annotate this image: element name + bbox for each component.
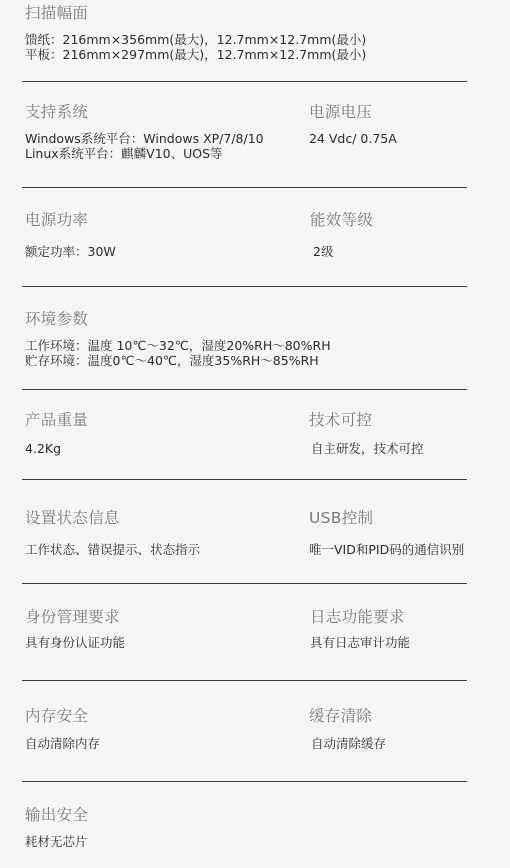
section-divider	[22, 583, 467, 584]
spec-heading: 设置状态信息	[25, 508, 200, 528]
spec-value-line: 工作环境：温度 10℃～32℃，湿度20%RH～80%RH	[25, 338, 331, 353]
spec-heading: 能效等级	[310, 210, 373, 230]
spec-heading: 日志功能要求	[310, 607, 410, 627]
spec-memory-security: 内存安全 自动清除内存	[25, 706, 100, 751]
spec-value-line: 自主研发，技术可控	[309, 441, 424, 456]
spec-heading: 产品重量	[25, 410, 88, 430]
spec-power-rating: 电源功率 额定功率：30W	[25, 210, 116, 259]
spec-value-line: 自动清除缓存	[309, 736, 386, 751]
spec-value-line: 唯一VID和PID码的通信识别	[309, 542, 464, 557]
spec-heading: 扫描幅面	[25, 3, 366, 23]
spec-environment: 环境参数 工作环境：温度 10℃～32℃，湿度20%RH～80%RH 贮存环境：…	[25, 309, 331, 368]
spec-tech-control: 技术可控 自主研发，技术可控	[309, 410, 424, 456]
section-divider	[22, 187, 467, 188]
spec-value-line: 耗材无芯片	[25, 834, 88, 849]
spec-power-voltage: 电源电压 24 Vdc/ 0.75A	[309, 102, 397, 146]
spec-supported-systems: 支持系统 Windows系统平台：Windows XP/7/8/10 Linux…	[25, 102, 264, 161]
spec-heading: 缓存清除	[309, 706, 386, 726]
section-divider	[22, 781, 467, 782]
spec-heading: 内存安全	[25, 706, 100, 726]
spec-heading: 电源电压	[309, 102, 397, 122]
spec-value-line: 具有日志审计功能	[310, 635, 410, 650]
spec-heading: 电源功率	[25, 210, 116, 230]
section-divider	[22, 479, 467, 480]
spec-log-function: 日志功能要求 具有日志审计功能	[310, 607, 410, 650]
spec-scan-area: 扫描幅面 馈纸：216mm×356mm(最大)，12.7mm×12.7mm(最小…	[25, 3, 366, 62]
spec-heading: 技术可控	[309, 410, 424, 430]
spec-heading: 环境参数	[25, 309, 331, 329]
spec-usb-control: USB控制 唯一VID和PID码的通信识别	[309, 508, 464, 557]
spec-value-line: 24 Vdc/ 0.75A	[309, 131, 397, 146]
spec-value-line: Windows系统平台：Windows XP/7/8/10	[25, 131, 264, 146]
spec-status-info: 设置状态信息 工作状态、错误提示、状态指示	[25, 508, 200, 557]
spec-value-line: 自动清除内存	[25, 736, 100, 751]
spec-heading: 支持系统	[25, 102, 264, 122]
spec-value-line: 2级	[310, 244, 373, 259]
spec-value-line: 贮存环境：温度0℃～40℃，湿度35%RH～85%RH	[25, 353, 331, 368]
spec-heading: 身份管理要求	[25, 607, 125, 627]
spec-value-line: Linux系统平台：麒麟V10、UOS等	[25, 146, 264, 161]
spec-heading: 输出安全	[25, 805, 88, 825]
section-divider	[22, 81, 467, 82]
section-divider	[22, 389, 467, 390]
spec-value-line: 具有身份认证功能	[25, 635, 125, 650]
spec-cache-clearing: 缓存清除 自动清除缓存	[309, 706, 386, 751]
section-divider	[22, 680, 467, 681]
spec-value-line: 平板：216mm×297mm(最大)，12.7mm×12.7mm(最小)	[25, 47, 366, 62]
spec-product-weight: 产品重量 4.2Kg	[25, 410, 88, 456]
spec-value-line: 工作状态、错误提示、状态指示	[25, 542, 200, 557]
section-divider	[22, 286, 467, 287]
spec-value-line: 额定功率：30W	[25, 244, 116, 259]
spec-value-line: 4.2Kg	[25, 441, 88, 456]
spec-heading: USB控制	[309, 508, 464, 528]
spec-value-line: 馈纸：216mm×356mm(最大)，12.7mm×12.7mm(最小)	[25, 32, 366, 47]
spec-identity-management: 身份管理要求 具有身份认证功能	[25, 607, 125, 650]
spec-energy-efficiency: 能效等级 2级	[310, 210, 373, 259]
spec-output-security: 输出安全 耗材无芯片	[25, 805, 88, 849]
